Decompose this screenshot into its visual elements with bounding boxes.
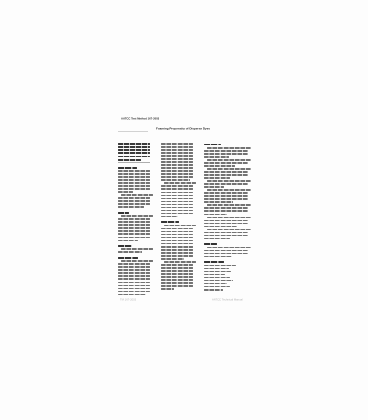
text-line (204, 214, 227, 216)
scanned-document-page: AATCC Test Method 167-2003 Foaming Prope… (0, 0, 368, 420)
text-line (118, 285, 150, 287)
text-line (161, 285, 193, 287)
text-line (161, 195, 193, 197)
text-line (161, 170, 193, 172)
text-line (161, 288, 174, 290)
text-line (118, 291, 150, 293)
text-line (121, 260, 153, 262)
section-heading-line (118, 257, 138, 259)
text-line (118, 176, 150, 178)
text-line (118, 156, 150, 158)
text-line (161, 173, 193, 175)
text-line (118, 197, 150, 199)
text-line (161, 282, 193, 284)
text-line (118, 266, 150, 268)
text-line (161, 164, 193, 166)
footer-manual-name: AATCC Technical Manual (212, 298, 243, 301)
text-line (118, 218, 150, 220)
footer-method-number: TM 167-2003 (120, 298, 136, 301)
text-line (161, 149, 193, 151)
text-column-2 (161, 143, 193, 291)
text-line (161, 213, 193, 215)
text-line (204, 256, 232, 258)
text-line (204, 253, 248, 255)
page-title-text: Foaming Propensity of Disperse Dyes (156, 127, 210, 130)
document-header-meta: AATCC Test Method 167-2003 (121, 117, 159, 120)
text-line (118, 275, 150, 277)
text-line (204, 238, 230, 240)
text-line (207, 217, 251, 219)
text-line (161, 249, 193, 251)
section-heading-line (118, 212, 129, 214)
text-line (204, 162, 248, 164)
text-line (204, 207, 248, 209)
text-line (118, 263, 150, 265)
text-line (118, 185, 150, 187)
text-line (118, 227, 150, 229)
text-line (161, 273, 193, 275)
text-line (118, 230, 150, 232)
text-line (204, 153, 248, 155)
text-line (161, 198, 193, 200)
section-heading-line (204, 261, 224, 263)
text-line (204, 195, 248, 197)
text-line (204, 210, 248, 212)
text-line (121, 248, 153, 250)
section-heading-line (161, 221, 179, 223)
text-line (161, 264, 193, 266)
text-column-3 (204, 143, 248, 292)
text-line (204, 177, 230, 179)
text-line (118, 294, 146, 296)
text-line (204, 186, 224, 188)
text-line (161, 185, 193, 187)
text-line (161, 176, 193, 178)
text-line (161, 207, 193, 209)
text-line (161, 270, 193, 272)
text-line (118, 203, 150, 205)
text-line (118, 159, 141, 161)
text-line (118, 233, 150, 235)
text-line (204, 201, 233, 203)
text-line (118, 188, 150, 190)
text-line (118, 182, 150, 184)
text-line (118, 240, 138, 242)
text-line (161, 204, 193, 206)
text-line (204, 286, 230, 288)
text-line (161, 231, 193, 233)
text-line (204, 171, 248, 173)
text-line (161, 210, 193, 212)
text-line (161, 279, 193, 281)
text-line (207, 189, 251, 191)
text-line (204, 223, 248, 225)
text-line (204, 265, 236, 267)
text-line (161, 216, 178, 218)
text-line (161, 161, 193, 163)
text-line (204, 268, 229, 270)
text-line (204, 156, 229, 158)
text-line (118, 191, 133, 193)
text-column-1 (118, 143, 150, 297)
text-line (204, 280, 233, 282)
text-line (161, 240, 193, 242)
text-line (207, 180, 251, 182)
text-line (204, 250, 248, 252)
text-line (164, 261, 196, 263)
text-line (161, 179, 190, 181)
text-line (204, 198, 248, 200)
text-line (204, 277, 230, 279)
text-line (207, 204, 251, 206)
text-line (161, 188, 193, 190)
text-line (204, 192, 248, 194)
text-line (204, 283, 227, 285)
text-line (161, 276, 193, 278)
text-line (118, 237, 150, 239)
text-line (207, 168, 251, 170)
text-line (204, 150, 248, 152)
section-heading-line (204, 144, 221, 146)
text-line (118, 200, 150, 202)
text-line (204, 226, 237, 228)
text-line (118, 269, 150, 271)
text-line (118, 149, 150, 151)
text-line (118, 288, 150, 290)
text-line (118, 206, 144, 208)
text-line (118, 143, 150, 145)
text-line (161, 243, 193, 245)
section-heading-line (118, 245, 132, 247)
text-line (207, 159, 251, 161)
text-line (204, 183, 248, 185)
text-line (164, 182, 196, 184)
text-line (204, 289, 223, 291)
column-rule (118, 162, 150, 163)
text-line (204, 174, 248, 176)
text-line (121, 194, 153, 196)
text-line (118, 221, 150, 223)
text-line (204, 232, 248, 234)
text-line (161, 143, 193, 145)
text-line (118, 146, 150, 148)
page-title: Foaming Propensity of Disperse Dyes (117, 127, 249, 138)
text-line (164, 225, 196, 227)
text-line (118, 251, 142, 253)
text-line (161, 146, 193, 148)
text-line (118, 179, 150, 181)
text-line (118, 272, 150, 274)
text-line (118, 170, 150, 172)
text-line (161, 155, 193, 157)
text-line (204, 271, 231, 273)
text-line (161, 237, 193, 239)
text-line (161, 234, 193, 236)
text-line (118, 152, 150, 154)
text-line (207, 147, 251, 149)
text-line (207, 229, 251, 231)
text-line (118, 278, 150, 280)
text-line (204, 274, 225, 276)
text-line (161, 246, 193, 248)
text-line (121, 215, 153, 217)
text-line (161, 167, 193, 169)
block-gap (118, 164, 150, 166)
text-line (118, 173, 150, 175)
text-line (161, 252, 193, 254)
text-line (161, 255, 193, 257)
text-line (204, 220, 248, 222)
section-heading-line (118, 167, 137, 169)
text-line (161, 258, 184, 260)
text-line (161, 152, 193, 154)
text-line (161, 192, 193, 194)
text-line (161, 158, 193, 160)
text-line (161, 228, 193, 230)
text-line (204, 235, 248, 237)
text-line (118, 282, 150, 284)
section-heading-line (204, 243, 217, 245)
text-line (207, 247, 251, 249)
text-line (161, 267, 193, 269)
text-line (161, 201, 193, 203)
text-line (204, 165, 235, 167)
text-line (118, 224, 150, 226)
